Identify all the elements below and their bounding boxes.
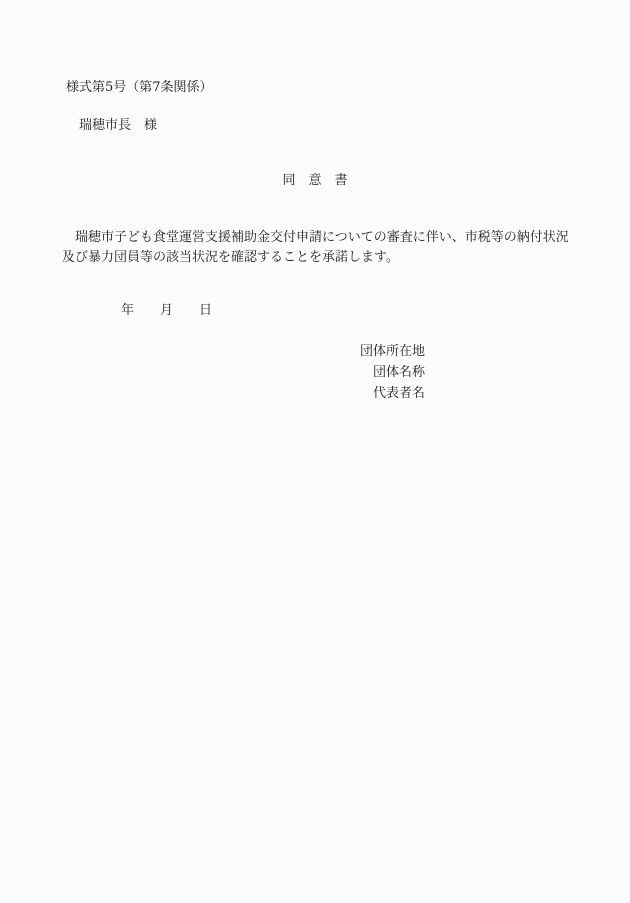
- document-title: 同 意 書: [0, 173, 630, 189]
- signature-label-representative-name: 代表者名: [360, 383, 425, 404]
- document-page: 様式第5号（第7条関係） 瑞穂市長 様 同 意 書 瑞穂市子ども食堂運営支援補助…: [0, 0, 630, 903]
- signature-block: 団体所在地 団体名称 代表者名: [360, 341, 425, 404]
- signature-label-organization-name: 団体名称: [360, 362, 425, 383]
- body-line-2: 及び暴力団員等の該当状況を確認することを承諾します。: [62, 248, 568, 268]
- signature-label-organization-address: 団体所在地: [360, 341, 425, 362]
- body-line-1: 瑞穂市子ども食堂運営支援補助金交付申請についての審査に伴い、市税等の納付状況: [62, 228, 568, 248]
- body-paragraph: 瑞穂市子ども食堂運営支援補助金交付申請についての審査に伴い、市税等の納付状況 及…: [62, 228, 568, 268]
- date-line: 年 月 日: [121, 303, 212, 319]
- addressee-line: 瑞穂市長 様: [79, 118, 157, 134]
- form-number: 様式第5号（第7条関係）: [66, 80, 213, 96]
